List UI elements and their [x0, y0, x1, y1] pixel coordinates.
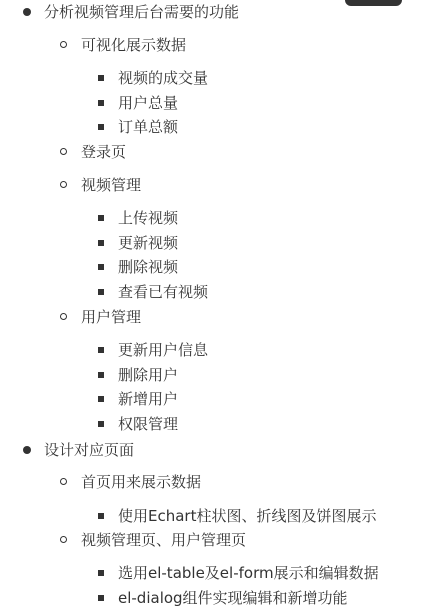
list-item-text: 首页用来展示数据 [81, 472, 201, 492]
square-bullet-icon [98, 75, 104, 81]
list-item-text: 用户总量 [118, 93, 178, 113]
list-item-text: 更新视频 [118, 233, 178, 253]
list-item-text: 视频管理页、用户管理页 [81, 530, 246, 550]
hollow-circle-bullet-icon [60, 41, 67, 48]
list-item-text: 查看已有视频 [118, 282, 208, 302]
hollow-circle-bullet-icon [60, 313, 67, 320]
square-bullet-icon [98, 396, 104, 402]
hollow-circle-bullet-icon [60, 181, 67, 188]
list-item-text: 登录页 [81, 142, 126, 162]
list-item-text: 删除视频 [118, 257, 178, 277]
list-item-text: 用户管理 [81, 307, 141, 327]
list-item-text: 更新用户信息 [118, 340, 208, 360]
floating-toolbar-button[interactable] [345, 0, 402, 6]
list-item-text: 新增用户 [118, 389, 178, 409]
filled-disc-bullet-icon [23, 8, 31, 16]
list-item-text: 订单总额 [118, 117, 178, 137]
list-item-text: 设计对应页面 [44, 440, 134, 460]
square-bullet-icon [98, 215, 104, 221]
square-bullet-icon [98, 347, 104, 353]
square-bullet-icon [98, 513, 104, 519]
list-item-text: 分析视频管理后台需要的功能 [44, 2, 239, 22]
square-bullet-icon [98, 100, 104, 106]
list-item-text: el-dialog组件实现编辑和新增功能 [118, 588, 348, 606]
filled-disc-bullet-icon [23, 446, 31, 454]
square-bullet-icon [98, 289, 104, 295]
square-bullet-icon [98, 124, 104, 130]
list-item-text: 删除用户 [118, 365, 178, 385]
square-bullet-icon [98, 372, 104, 378]
list-item-text: 可视化展示数据 [81, 35, 186, 55]
square-bullet-icon [98, 264, 104, 270]
hollow-circle-bullet-icon [60, 148, 67, 155]
list-item-text: 选用el-table及el-form展示和编辑数据 [118, 563, 379, 583]
hollow-circle-bullet-icon [60, 478, 67, 485]
list-item-text: 视频管理 [81, 175, 141, 195]
list-item-text: 使用Echart柱状图、折线图及饼图展示 [118, 506, 376, 526]
square-bullet-icon [98, 570, 104, 576]
square-bullet-icon [98, 421, 104, 427]
square-bullet-icon [98, 595, 104, 601]
square-bullet-icon [98, 240, 104, 246]
list-item-text: 视频的成交量 [118, 68, 208, 88]
hollow-circle-bullet-icon [60, 536, 67, 543]
list-item-text: 上传视频 [118, 208, 178, 228]
list-item-text: 权限管理 [118, 414, 178, 434]
